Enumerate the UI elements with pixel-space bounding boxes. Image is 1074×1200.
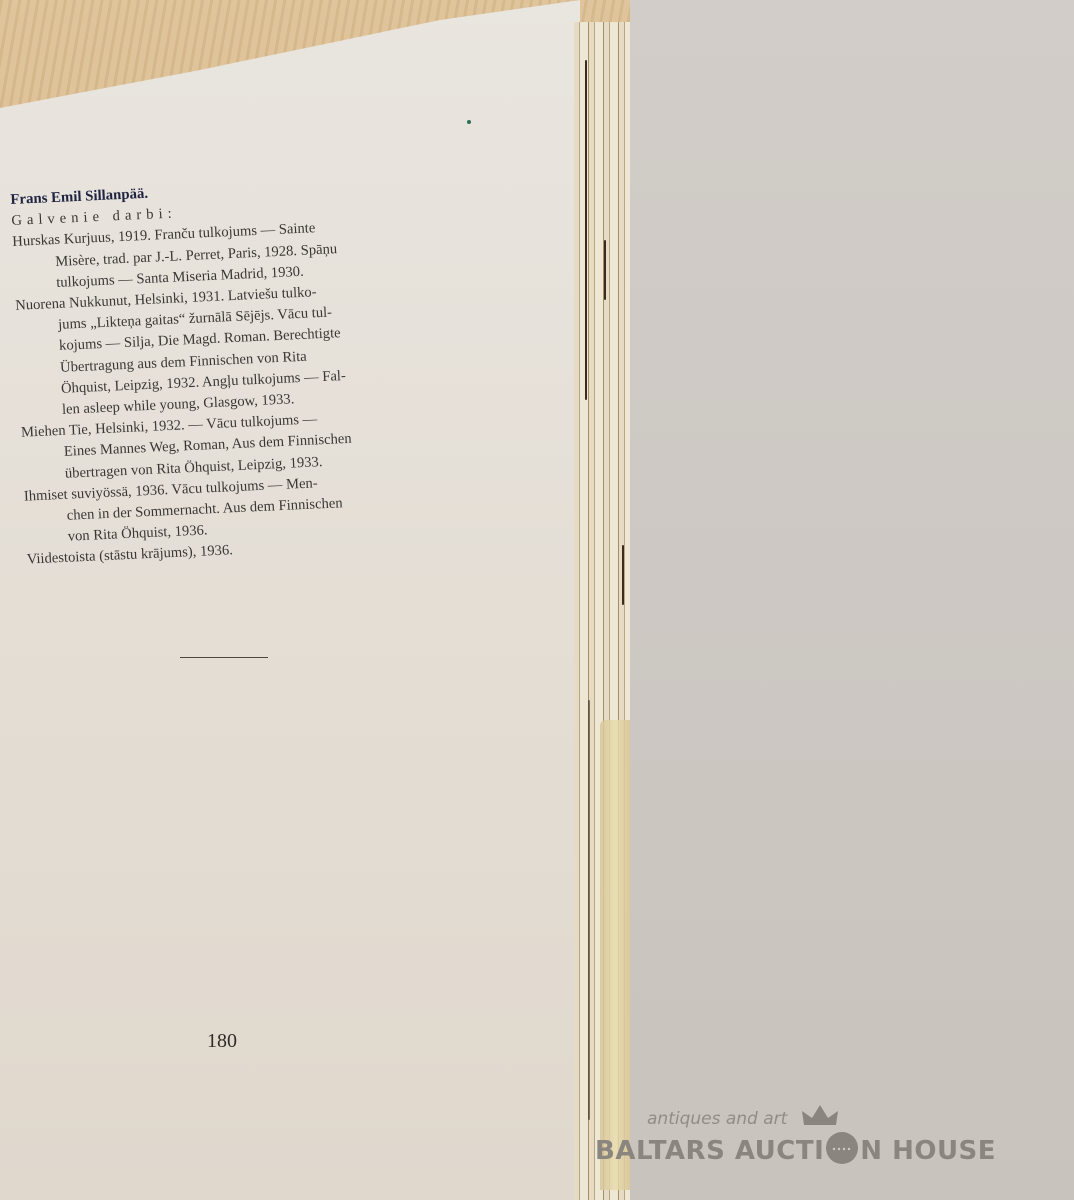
- book-cover-board-right: [630, 0, 1074, 1200]
- spine-crack: [588, 700, 590, 1120]
- crown-orb-icon: [800, 1105, 840, 1127]
- spine-crack: [604, 240, 606, 300]
- auction-house-watermark: antiques and art BALTARS AUCTIN HOUSE: [595, 1105, 1015, 1175]
- watermark-name: BALTARS AUCTIN HOUSE: [595, 1131, 996, 1166]
- orb-icon: [825, 1131, 859, 1165]
- ink-speck: [467, 120, 471, 124]
- spine-crack: [622, 545, 624, 605]
- spine-crack: [585, 60, 587, 400]
- section-divider-rule: [180, 657, 268, 658]
- watermark-tagline: antiques and art: [647, 1109, 787, 1129]
- bibliography-text: Frans Emil Sillanpää. Galvenie darbi: Hu…: [10, 169, 489, 571]
- page-number: 180: [207, 1030, 237, 1053]
